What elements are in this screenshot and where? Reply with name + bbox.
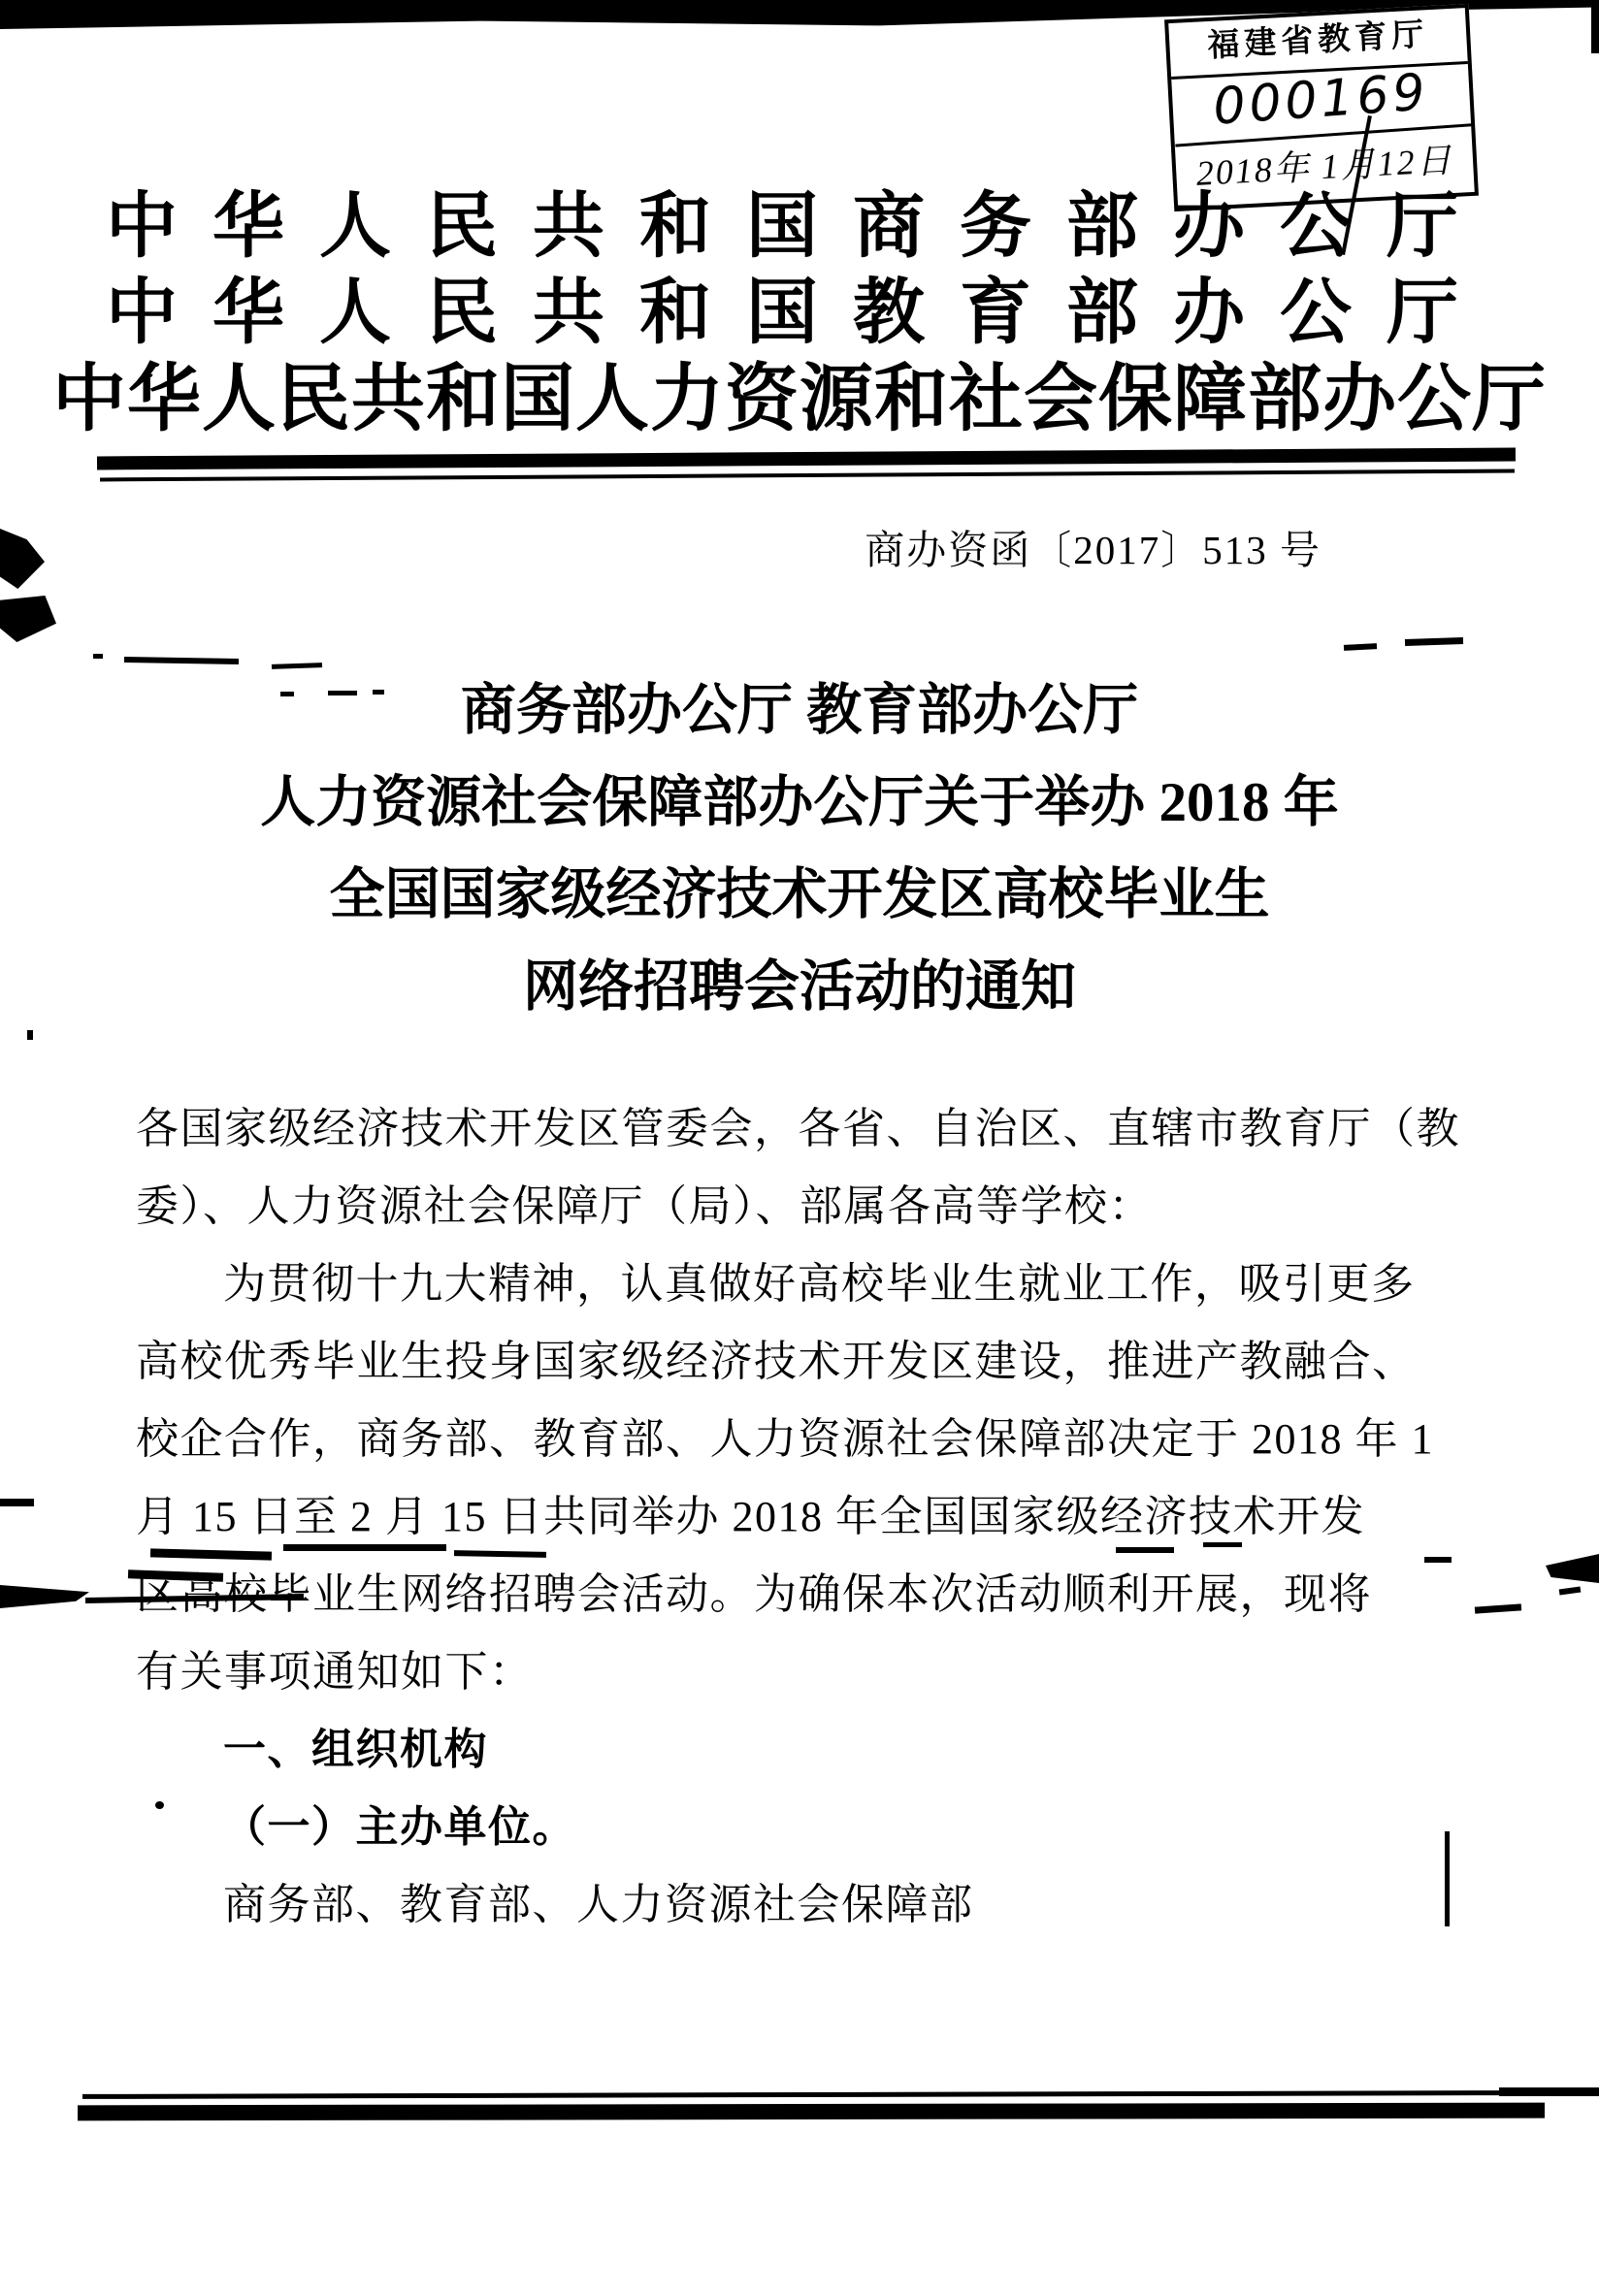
title-line-1: 商务部办公厅 教育部办公厅 — [0, 683, 1599, 738]
scan-artifact — [283, 1544, 446, 1551]
scan-artifact — [1591, 0, 1599, 53]
received-stamp: 福建省教育厅 000169 2018年 1月12日 — [1164, 4, 1479, 211]
body-line: 高校优秀毕业生投身国家级经济技术开发区建设，推进产教融合、 — [136, 1323, 1514, 1401]
body-line: 为贯彻十九大精神，认真做好高校毕业生就业工作，吸引更多 — [136, 1245, 1514, 1323]
footer-divider-thick — [78, 2103, 1545, 2121]
scan-artifact — [272, 663, 322, 669]
title-line-2: 人力资源社会保障部办公厅关于举办 2018 年 — [0, 775, 1599, 830]
scan-artifact — [1405, 637, 1463, 646]
scan-artifact — [93, 654, 103, 659]
body-line: 有关事项通知如下： — [136, 1633, 1514, 1711]
body-line: 各国家级经济技术开发区管委会，各省、自治区、直辖市教育厅（教 — [136, 1090, 1514, 1168]
letterhead-divider-thin — [100, 469, 1515, 482]
title-line-3: 全国国家级经济技术开发区高校毕业生 — [0, 867, 1599, 922]
letterhead-divider-thick — [97, 448, 1516, 470]
scan-artifact — [1344, 643, 1377, 651]
letterhead-line-1: 中华人民共和国商务部办公厅 — [0, 191, 1599, 263]
body-line: 委）、人力资源社会保障厅（局）、部属各高等学校： — [136, 1168, 1514, 1245]
scan-artifact — [1116, 1547, 1174, 1553]
scan-artifact — [0, 1585, 89, 1608]
scan-artifact — [124, 657, 239, 664]
body-heading-2: （一）主办单位。 — [136, 1789, 1514, 1866]
title-line-4: 网络招聘会活动的通知 — [0, 959, 1599, 1015]
body-line: 商务部、教育部、人力资源社会保障部 — [136, 1866, 1514, 1944]
body-line: 校企合作，商务部、教育部、人力资源社会保障部决定于 2018 年 1 — [136, 1401, 1514, 1478]
scan-artifact — [1445, 1831, 1450, 1926]
scan-artifact — [0, 529, 45, 589]
scan-artifact — [1546, 1554, 1599, 1583]
scan-artifact — [1424, 1557, 1452, 1563]
scan-artifact — [0, 1499, 34, 1506]
letterhead-line-3: 中华人民共和国人力资源和社会保障部办公厅 — [0, 363, 1599, 437]
scan-artifact — [1203, 1542, 1242, 1547]
scan-artifact — [155, 1801, 164, 1809]
scan-artifact — [1559, 1586, 1582, 1595]
document-page: 福建省教育厅 000169 2018年 1月12日 中华人民共和国商务部办公厅 … — [0, 0, 1599, 2296]
footer-divider-stub — [1499, 2087, 1599, 2096]
footer-divider-thin — [82, 2090, 1518, 2099]
body-text: 各国家级经济技术开发区管委会，各省、自治区、直辖市教育厅（教 委）、人力资源社会… — [136, 1090, 1514, 1944]
scan-artifact — [0, 596, 56, 642]
body-line: 区高校毕业生网络招聘会活动。为确保本次活动顺利开展，现将 — [136, 1556, 1514, 1633]
scan-artifact — [27, 1030, 33, 1040]
document-number: 商办资函〔2017〕513 号 — [865, 518, 1322, 575]
body-heading-1: 一、组织机构 — [136, 1711, 1514, 1789]
letterhead-line-2: 中华人民共和国教育部办公厅 — [0, 277, 1599, 349]
